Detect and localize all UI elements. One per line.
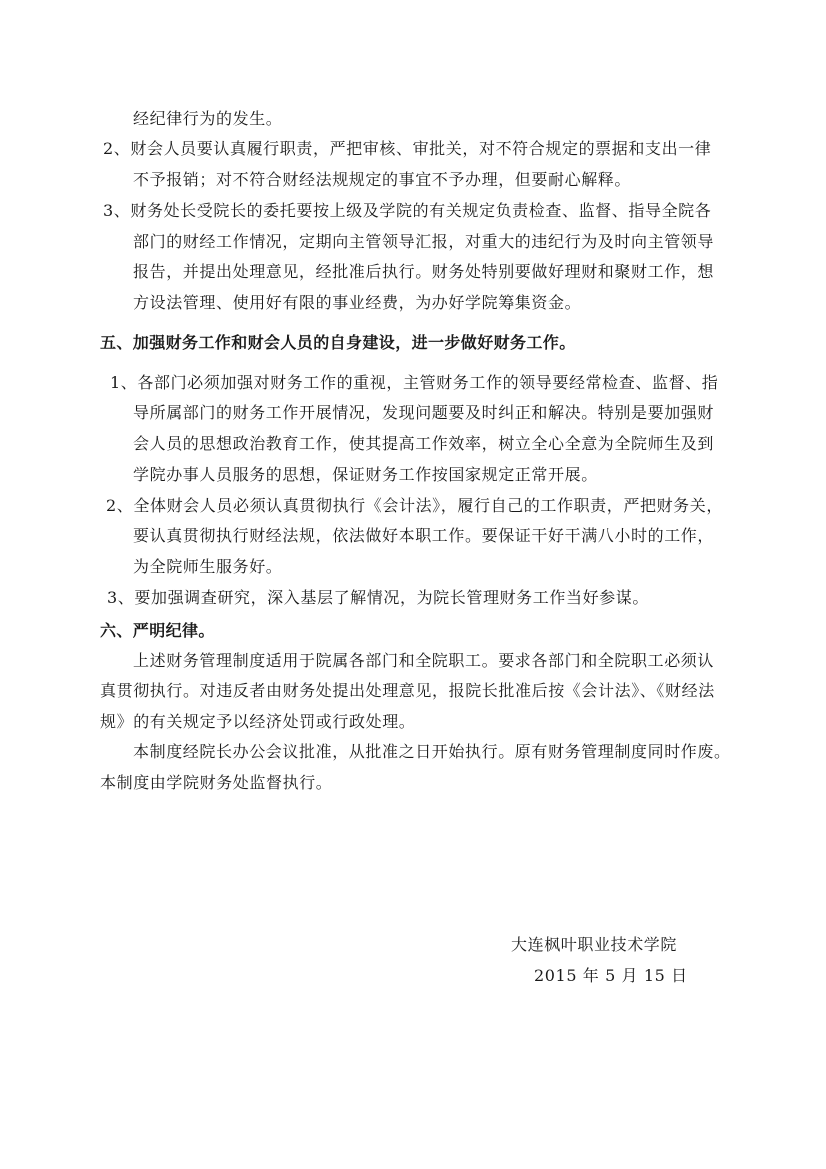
section-heading: 六、严明纪律。 [100,621,215,641]
list-item-line: 方设法管理、使用好有限的事业经费，为办好学院筹集资金。 [133,293,581,313]
signature-institution: 大连枫叶职业技术学院 [511,935,677,955]
list-item-line: 2、财会人员要认真履行职责，严把审核、审批关，对不符合规定的票据和支出一律 [103,139,711,159]
list-item-line: 3、要加强调查研究，深入基层了解情况，为院长管理财务工作当好参谋。 [107,588,649,608]
list-item-line: 报告，并提出处理意见，经批准后执行。财务处特别要做好理财和聚财工作，想 [133,262,714,282]
list-item-line: 要认真贯彻执行财经法规，依法做好本职工作。要保证干好干满八小时的工作， [133,526,714,546]
paragraph-line: 本制度经院长办公会议批准，从批准之日开始执行。原有财务管理制度同时作废。 [133,742,731,762]
list-item-line: 不予报销；对不符合财经法规规定的事宜不予办理，但要耐心解释。 [133,170,631,190]
paragraph-line: 本制度由学院财务处监督执行。 [100,773,332,793]
signature-date: 2015 年 5 月 15 日 [534,966,688,986]
list-item-line: 1、各部门必须加强对财务工作的重视，主管财务工作的领导要经常检查、监督、指 [110,373,718,393]
list-item-line: 部门的财经工作情况，定期向主管领导汇报，对重大的违纪行为及时向主管领导 [133,232,714,252]
list-item-line: 2、全体财会人员必须认真贯彻执行《会计法》，履行自己的工作职责，严把财务关， [106,496,723,516]
section-heading: 五、加强财务工作和财会人员的自身建设，进一步做好财务工作。 [100,333,576,353]
paragraph-line: 真贯彻执行。对违反者由财务处提出处理意见，报院长批准后按《会计法》、《财经法 [100,681,715,701]
list-item-line: 导所属部门的财务工作开展情况，发现问题要及时纠正和解决。特别是要加强财 [133,403,714,423]
document-page: 经纪律行为的发生。 2、财会人员要认真履行职责，严把审核、审批关，对不符合规定的… [0,0,826,1169]
list-item-line: 会人员的思想政治教育工作，使其提高工作效率，树立全心全意为全院师生及到 [133,434,714,454]
paragraph-line: 上述财务管理制度适用于院属各部门和全院职工。要求各部门和全院职工必须认 [133,651,714,671]
paragraph-line: 规》的有关规定予以经济处罚或行政处理。 [100,712,415,732]
list-item-line: 为全院师生服务好。 [133,557,282,577]
list-item-line: 3、财务处长受院长的委托要按上级及学院的有关规定负责检查、监督、指导全院各 [103,201,711,221]
list-item-line: 学院办事人员服务的思想，保证财务工作按国家规定正常开展。 [133,465,598,485]
paragraph-line: 经纪律行为的发生。 [133,109,282,129]
